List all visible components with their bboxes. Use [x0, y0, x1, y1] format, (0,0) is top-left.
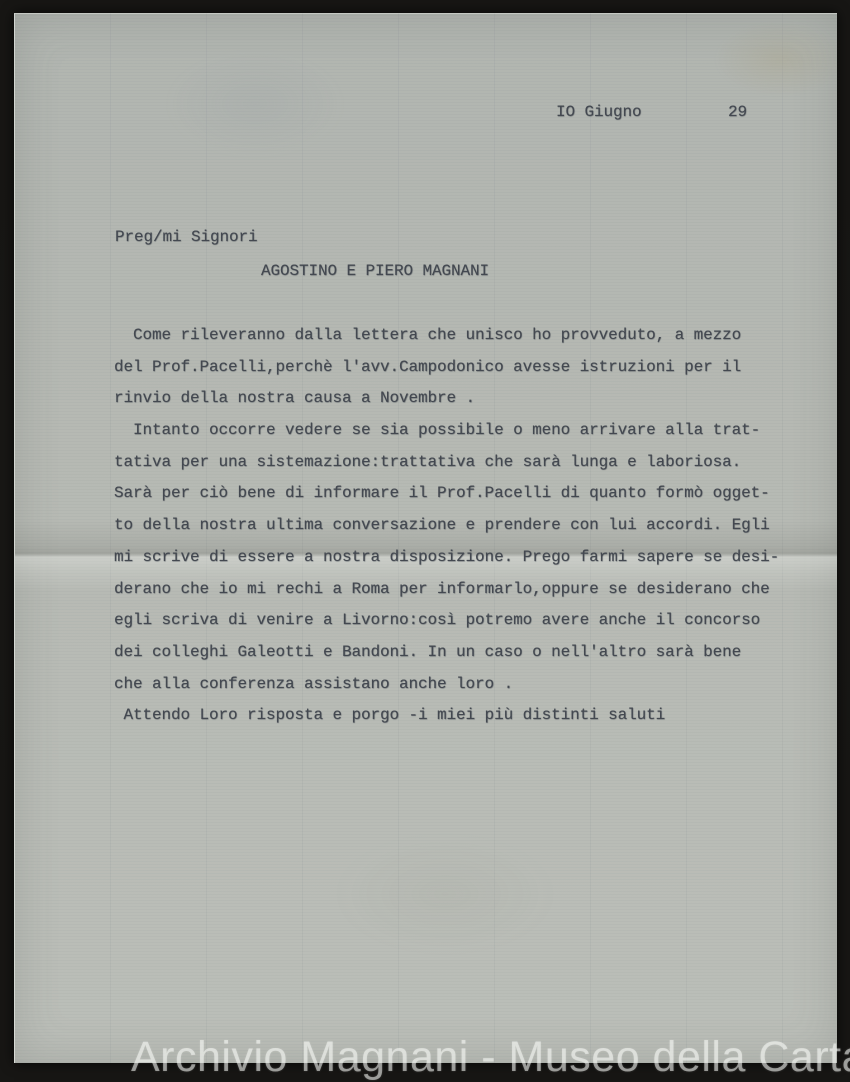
scan-background: IO Giugno 29 Preg/mi Signori AGOSTINO E …	[0, 0, 850, 1082]
body-line: derano che io mi rechi a Roma per inform…	[114, 574, 779, 606]
body-line: Sarà per ciò bene di informare il Prof.P…	[114, 478, 779, 510]
body-line: egli scriva di venire a Livorno:così pot…	[114, 605, 779, 637]
letter-year: 29	[728, 103, 747, 121]
body-line: rinvio della nostra causa a Novembre .	[114, 383, 779, 415]
archive-watermark: Archivio Magnani - Museo della Carta	[131, 1033, 850, 1082]
body-line: tativa per una sistemazione:trattativa c…	[114, 447, 779, 479]
body-line: che alla conferenza assistano anche loro…	[114, 669, 779, 701]
letter-addressee: AGOSTINO E PIERO MAGNANI	[261, 262, 489, 280]
letter-page: IO Giugno 29 Preg/mi Signori AGOSTINO E …	[14, 13, 837, 1063]
body-line: Attendo Loro risposta e porgo -i miei pi…	[114, 700, 779, 732]
body-line: dei colleghi Galeotti e Bandoni. In un c…	[114, 637, 779, 669]
body-line: Come rileveranno dalla lettera che unisc…	[114, 320, 779, 352]
body-line: Intanto occorre vedere se sia possibile …	[114, 415, 779, 447]
body-line: to della nostra ultima conversazione e p…	[114, 510, 779, 542]
letter-salutation: Preg/mi Signori	[115, 228, 258, 246]
body-line: del Prof.Pacelli,perchè l'avv.Campodonic…	[114, 352, 779, 384]
letter-date: IO Giugno	[556, 103, 642, 121]
letter-body: Come rileveranno dalla lettera che unisc…	[114, 320, 779, 732]
body-line: mi scrive di essere a nostra disposizion…	[114, 542, 779, 574]
